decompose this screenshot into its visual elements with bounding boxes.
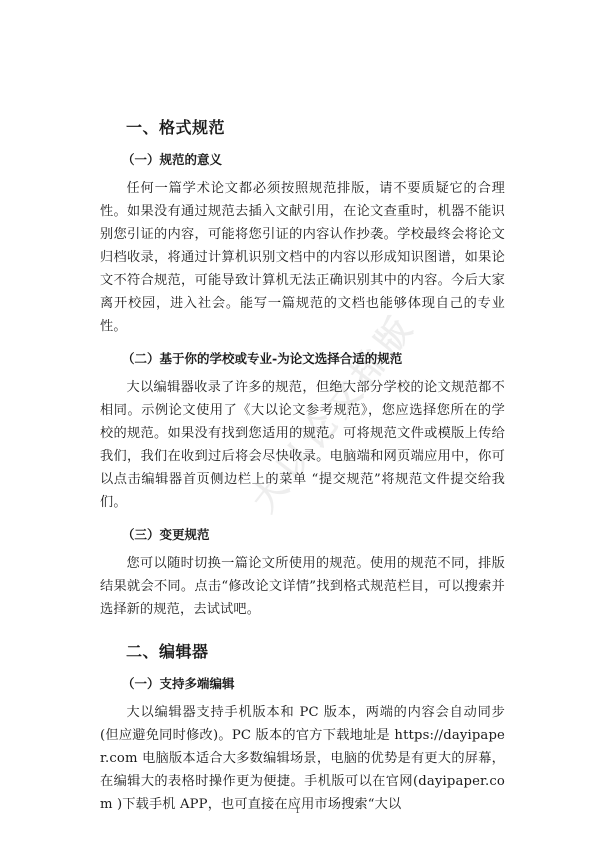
paragraph-meaning: 任何一篇学术论文都必须按照规范排版，请不要质疑它的合理性。如果没有通过规范去插入… bbox=[100, 177, 505, 338]
subsection-heading-multi-platform: （一）支持多端编辑 bbox=[122, 671, 505, 697]
subsection-heading-change-spec: （三）变更规范 bbox=[122, 522, 505, 548]
subsection-heading-choose-spec: （二）基于你的学校或专业-为论文选择合适的规范 bbox=[122, 346, 505, 372]
paragraph-change-spec: 您可以随时切换一篇论文所使用的规范。使用的规范不同，排版结果就会不同。点击“修改… bbox=[100, 552, 505, 621]
page-number: 1 bbox=[0, 805, 595, 815]
page-content: 一、格式规范 （一）规范的意义 任何一篇学术论文都必须按照规范排版，请不要质疑它… bbox=[100, 113, 505, 816]
paragraph-choose-spec: 大以编辑器收录了许多的规范，但绝大部分学校的论文规范都不相同。示例论文使用了《大… bbox=[100, 376, 505, 514]
subsection-heading-meaning: （一）规范的意义 bbox=[122, 147, 505, 173]
section-heading-editor: 二、编辑器 bbox=[126, 637, 505, 667]
document-page: 大以论文排版 一、格式规范 （一）规范的意义 任何一篇学术论文都必须按照规范排版… bbox=[0, 0, 595, 842]
section-heading-format: 一、格式规范 bbox=[126, 113, 505, 143]
paragraph-multi-platform: 大以编辑器支持手机版本和 PC 版本，两端的内容会自动同步(但应避免同时修改)。… bbox=[100, 701, 505, 816]
